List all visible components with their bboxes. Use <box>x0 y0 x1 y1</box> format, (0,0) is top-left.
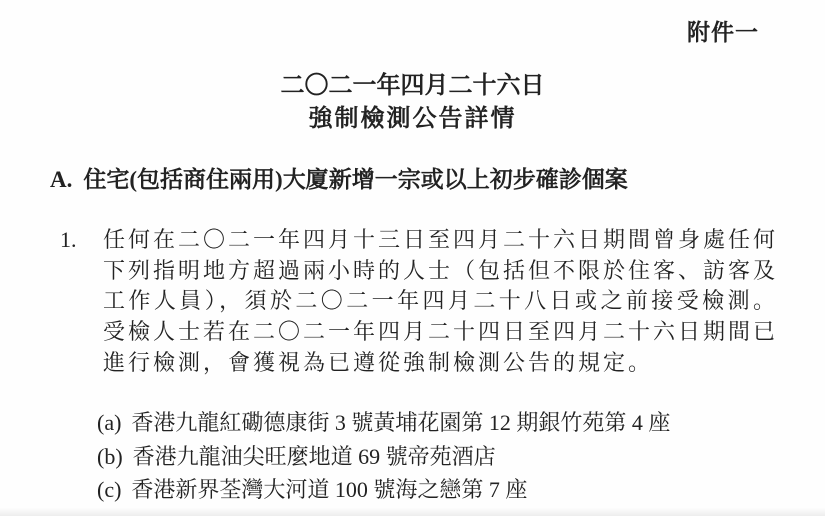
section-a-heading: A.住宅(包括商住兩用)大廈新增一宗或以上初步確診個案 <box>50 161 628 194</box>
section-a-text: 住宅(包括商住兩用)大廈新增一宗或以上初步確診個案 <box>83 167 627 192</box>
location-list: (a)香港九龍紅磡德康街 3 號黃埔花園第 12 期銀竹苑第 4 座 (b)香港… <box>97 406 670 507</box>
list-item: (a)香港九龍紅磡德康街 3 號黃埔花園第 12 期銀竹苑第 4 座 <box>97 406 670 440</box>
annex-label: 附件一 <box>687 14 759 47</box>
list-item-text: 香港九龍油尖旺麼地道 69 號帝苑酒店 <box>133 444 496 469</box>
title-date-line: 二〇二一年四月二十六日 <box>0 70 825 103</box>
list-item-text: 香港新界荃灣大河道 100 號海之戀第 7 座 <box>131 477 527 502</box>
clause-1-number: 1. <box>60 225 103 256</box>
document-title: 二〇二一年四月二十六日 強制檢測公告詳情 <box>0 70 825 136</box>
list-item-label: (a) <box>97 406 121 440</box>
section-a-label: A. <box>50 167 72 193</box>
list-item-label: (c) <box>97 473 121 507</box>
list-item: (c)香港新界荃灣大河道 100 號海之戀第 7 座 <box>97 473 670 507</box>
scan-shadow-artifact <box>0 507 825 516</box>
clause-1-text: 任何在二〇二一年四月十三日至四月二十六日期間曾身處任何下列指明地方超過兩小時的人… <box>103 225 778 379</box>
list-item-text: 香港九龍紅磡德康街 3 號黃埔花園第 12 期銀竹苑第 4 座 <box>131 410 670 435</box>
title-subject-line: 強制檢測公告詳情 <box>0 103 825 136</box>
clause-1: 1. 任何在二〇二一年四月十三日至四月二十六日期間曾身處任何下列指明地方超過兩小… <box>60 225 778 379</box>
list-item-label: (b) <box>97 440 123 474</box>
list-item: (b)香港九龍油尖旺麼地道 69 號帝苑酒店 <box>97 440 670 474</box>
document-page: 附件一 二〇二一年四月二十六日 強制檢測公告詳情 A.住宅(包括商住兩用)大廈新… <box>0 0 825 516</box>
